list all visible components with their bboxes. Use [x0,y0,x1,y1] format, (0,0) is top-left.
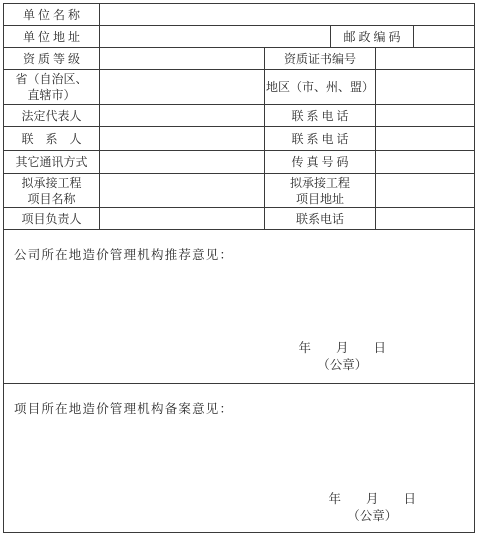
project-leader-field[interactable] [100,208,265,229]
company-agency-opinion-section: 公司所在地造价管理机构推荐意见： 年 月 日 （公章） [4,230,474,384]
project-name-label: 拟承接工程 项目名称 [4,174,100,207]
company-agency-opinion-title: 公司所在地造价管理机构推荐意见： [4,230,474,263]
legal-rep-phone-field[interactable] [376,105,474,126]
project-date-line: 年 月 日 [328,491,416,508]
region-label: 地区（市、州、盟） [265,70,376,104]
province-field[interactable] [100,70,265,104]
contact-phone-label: 联 系 电 话 [265,127,376,150]
form-row-project: 拟承接工程 项目名称 拟承接工程 项目地址 [4,174,474,208]
company-opinion-writing-area[interactable] [4,263,474,340]
contact-person-field[interactable] [100,127,265,150]
application-form-table: 单 位 名 称 单 位 地 址 邮 政 编 码 资 质 等 级 资质证书编号 省… [3,3,475,533]
qualification-level-label: 资 质 等 级 [4,48,100,69]
company-date-line: 年 月 日 [298,340,386,357]
project-signature-block: 年 月 日 （公章） [328,491,416,525]
form-row-other-contact: 其它通讯方式 传 真 号 码 [4,151,474,174]
form-row-project-leader: 项目负责人 联系电话 [4,208,474,230]
contact-phone-field[interactable] [376,127,474,150]
unit-name-field[interactable] [100,4,474,25]
form-document: 单 位 名 称 单 位 地 址 邮 政 编 码 资 质 等 级 资质证书编号 省… [0,0,479,535]
fax-number-field[interactable] [376,151,474,173]
leader-phone-field[interactable] [376,208,474,229]
project-agency-opinion-section: 项目所在地造价管理机构备案意见： 年 月 日 （公章） [4,384,474,532]
fax-number-label: 传 真 号 码 [265,151,376,173]
leader-phone-label: 联系电话 [265,208,376,229]
legal-rep-phone-label: 联 系 电 话 [265,105,376,126]
certificate-number-label: 资质证书编号 [265,48,376,69]
form-row-province-region: 省（自治区、 直辖市） 地区（市、州、盟） [4,70,474,105]
project-leader-label: 项目负责人 [4,208,100,229]
legal-representative-field[interactable] [100,105,265,126]
form-row-contact-person: 联 系 人 联 系 电 话 [4,127,474,151]
project-address-field[interactable] [376,174,474,207]
qualification-level-field[interactable] [100,48,265,69]
company-official-seal-label: （公章） [298,357,386,374]
unit-name-label: 单 位 名 称 [4,4,100,25]
form-row-unit-address: 单 位 地 址 邮 政 编 码 [4,26,474,48]
postal-code-label: 邮 政 编 码 [331,26,414,47]
form-row-qualification: 资 质 等 级 资质证书编号 [4,48,474,70]
project-address-label: 拟承接工程 项目地址 [265,174,376,207]
postal-code-field[interactable] [414,26,474,47]
company-signature-block: 年 月 日 （公章） [298,340,386,374]
contact-person-label: 联 系 人 [4,127,100,150]
project-name-field[interactable] [100,174,265,207]
region-field[interactable] [376,70,474,104]
unit-address-field[interactable] [100,26,331,47]
legal-representative-label: 法定代表人 [4,105,100,126]
form-row-unit-name: 单 位 名 称 [4,4,474,26]
certificate-number-field[interactable] [376,48,474,69]
province-label: 省（自治区、 直辖市） [4,70,100,104]
other-contact-method-label: 其它通讯方式 [4,151,100,173]
unit-address-label: 单 位 地 址 [4,26,100,47]
form-row-legal-rep: 法定代表人 联 系 电 话 [4,105,474,127]
other-contact-method-field[interactable] [100,151,265,173]
project-agency-opinion-title: 项目所在地造价管理机构备案意见： [4,384,474,417]
project-opinion-writing-area[interactable] [4,417,474,491]
project-official-seal-label: （公章） [328,508,416,525]
